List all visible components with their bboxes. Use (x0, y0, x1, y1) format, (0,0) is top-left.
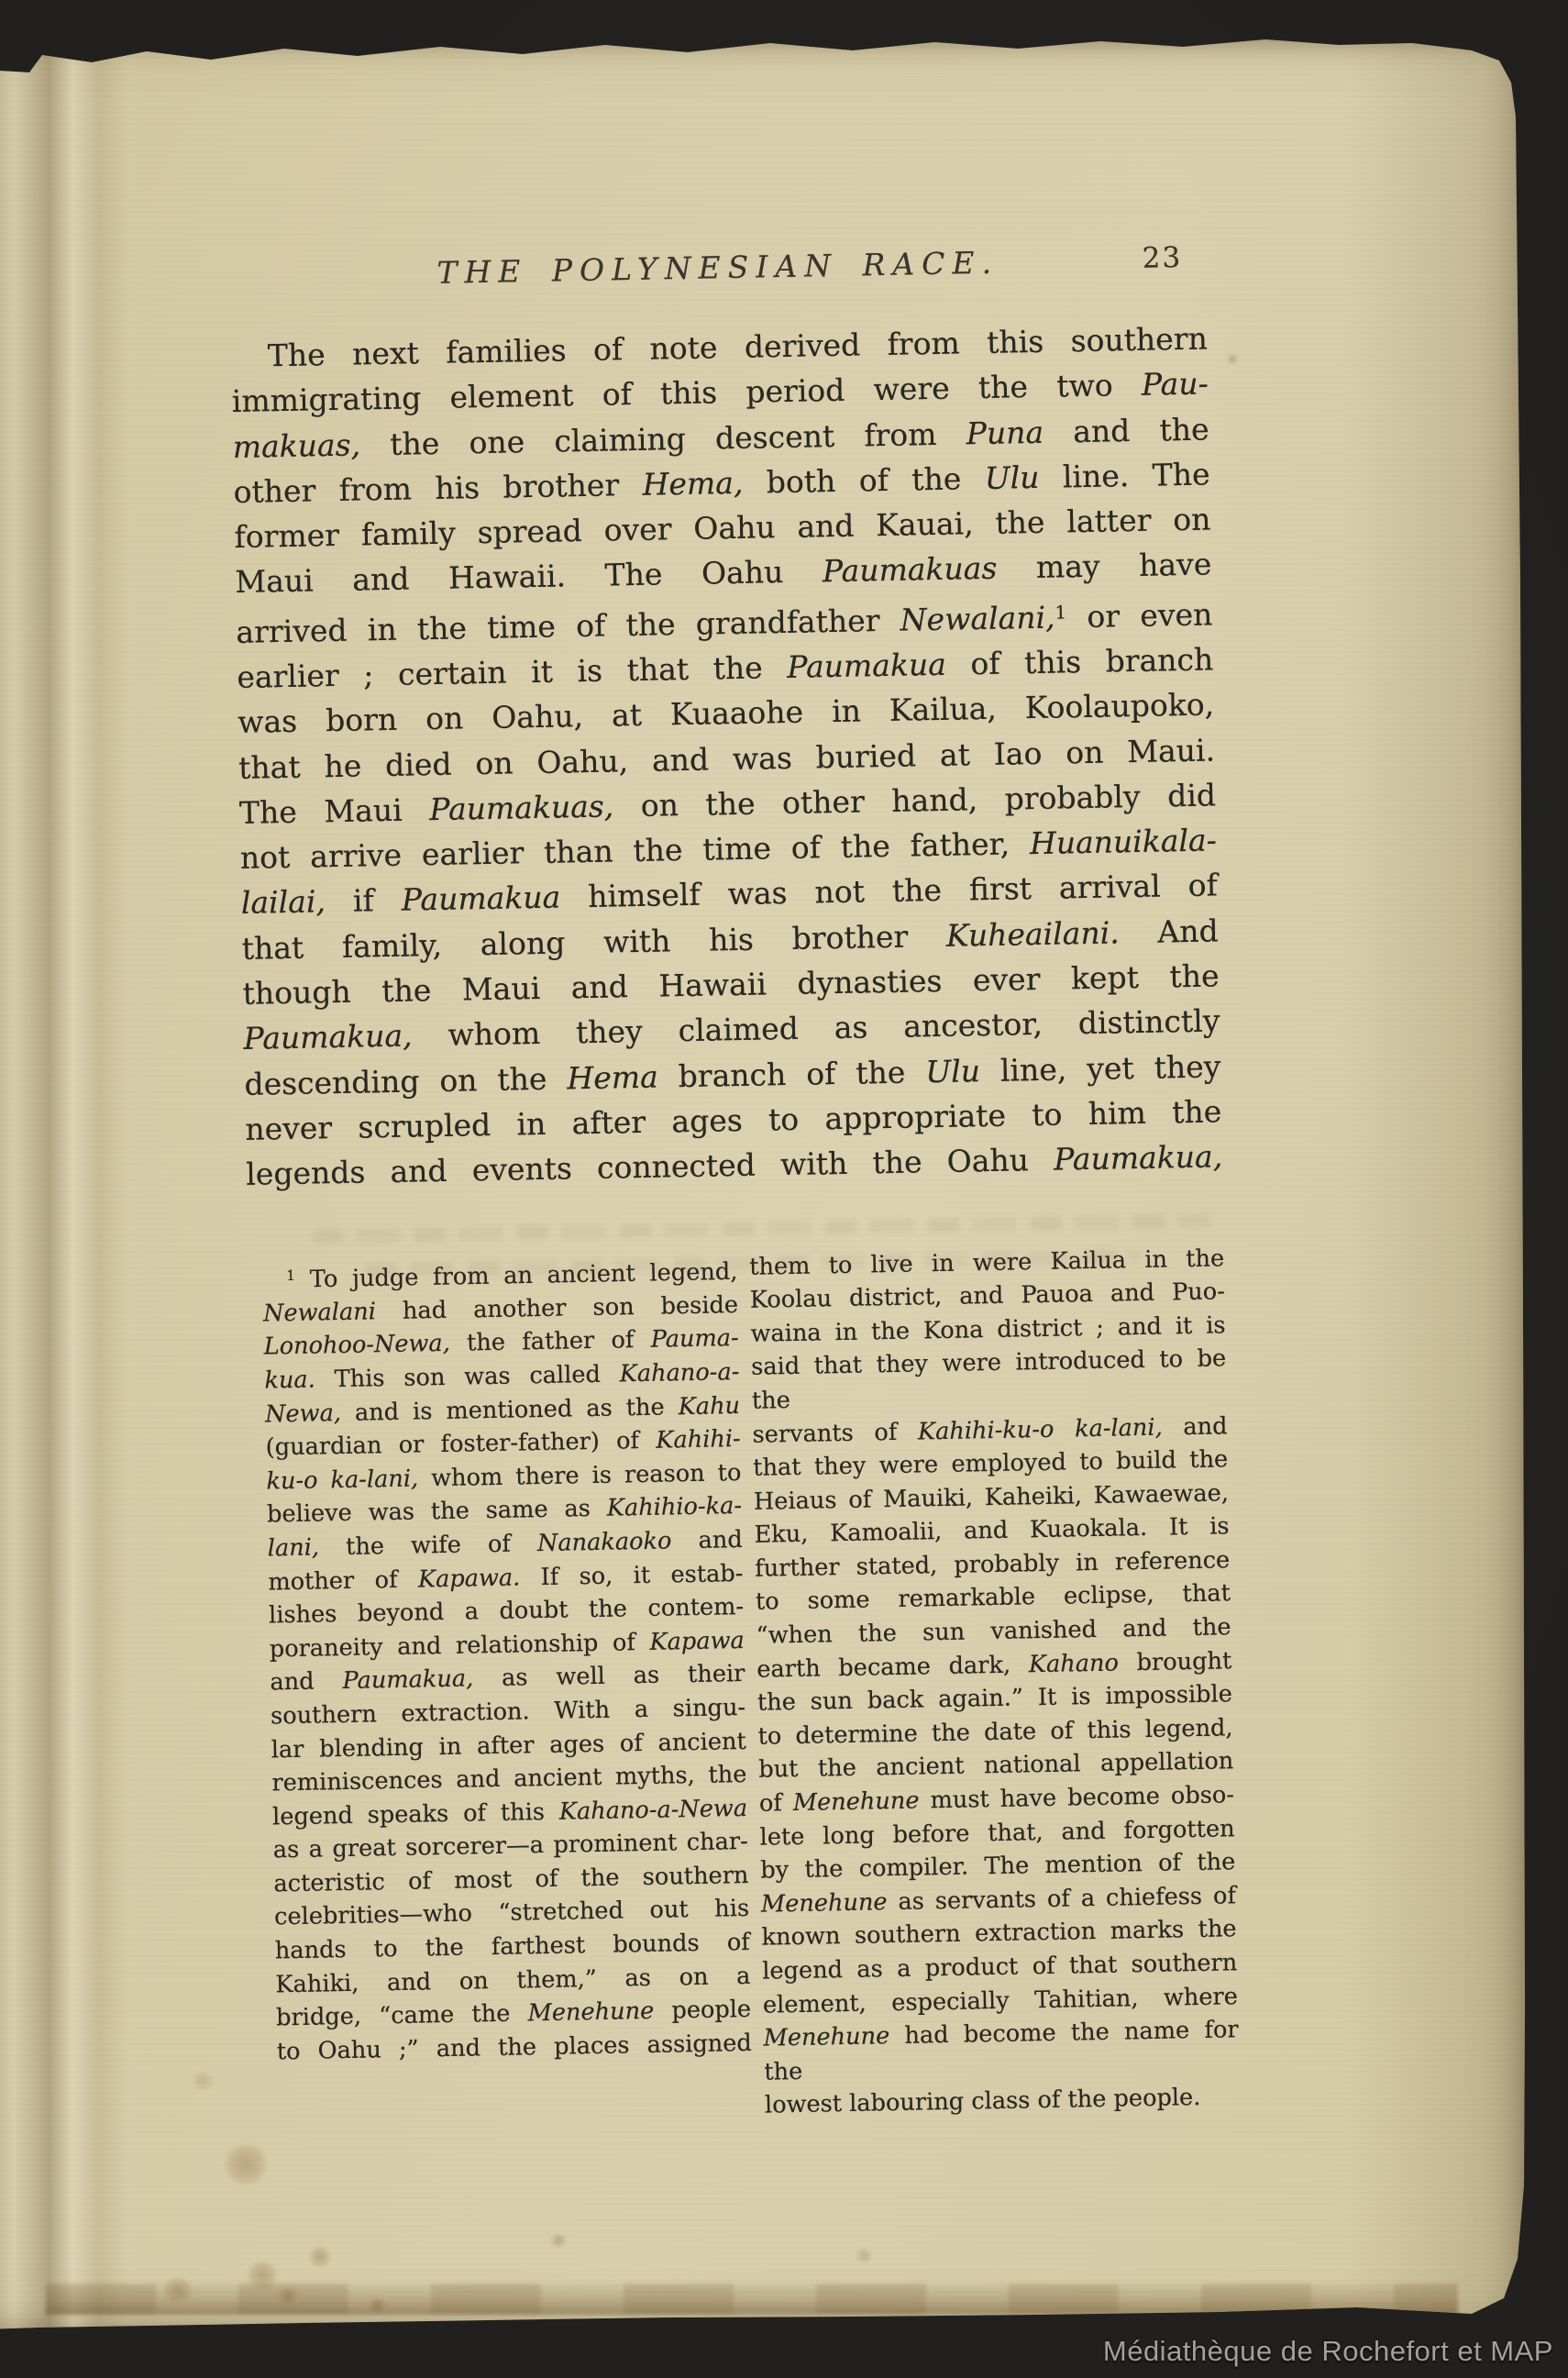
page-content: THE POLYNESIAN RACE. 23 The next familie… (229, 240, 1240, 2131)
text-line: Menehune had become the name for the (763, 2013, 1239, 2089)
bottom-edge-grime (46, 2284, 1458, 2315)
main-paragraph: The next families of note derived from t… (231, 315, 1223, 1197)
page-title: THE POLYNESIAN RACE. (436, 245, 999, 291)
library-watermark: Médiathèque de Rochefort et MAP (1103, 2335, 1553, 2368)
binding-gutter-crease (0, 35, 128, 2334)
footnote-column-right: them to live in were Kailua in theKoolau… (749, 1242, 1240, 2123)
footnote-column-left: 1 To judge from an ancient legend,Newala… (262, 1251, 753, 2132)
text-line: said that they were introduced to be the (751, 1343, 1227, 1419)
showthrough-ghost-text (312, 1218, 1210, 1277)
footnote-section: 1 To judge from an ancient legend,Newala… (248, 1242, 1240, 2132)
running-header: THE POLYNESIAN RACE. 23 (229, 240, 1207, 301)
page-number: 23 (1142, 241, 1182, 275)
book-page: THE POLYNESIAN RACE. 23 The next familie… (0, 35, 1531, 2334)
